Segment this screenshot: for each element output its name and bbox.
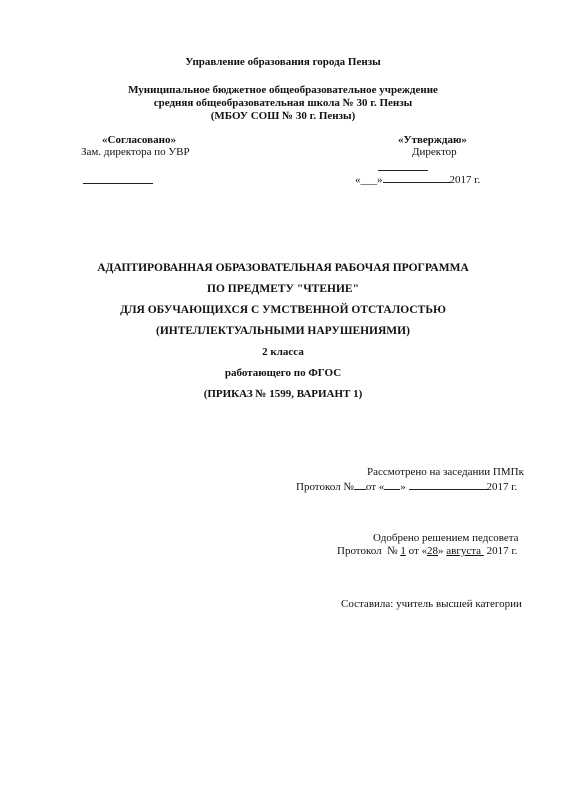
program-title-line3: ДЛЯ ОБУЧАЮЩИХСЯ С УМСТВЕННОЙ ОТСТАЛОСТЬЮ — [0, 304, 566, 316]
program-grade: 2 класса — [0, 346, 566, 358]
institution-name-line2: средняя общеобразовательная школа № 30 г… — [0, 97, 566, 109]
council-day: 28 — [427, 545, 438, 557]
program-standard: работающего по ФГОС — [0, 367, 566, 379]
agreed-title: «Согласовано» — [102, 134, 176, 146]
council-protocol-number: 1 — [400, 545, 406, 557]
approved-title: «Утверждаю» — [398, 134, 467, 146]
council-close-quote: » — [438, 545, 444, 557]
approved-date-year: 2017 г. — [450, 174, 481, 186]
agreed-signature-line — [83, 183, 153, 184]
approved-date: «___»2017 г. — [355, 172, 480, 186]
pmpk-month-line — [409, 479, 487, 490]
pmpk-year: 2017 г. — [487, 481, 518, 493]
department-name: Управление образования города Пензы — [0, 56, 566, 68]
pmpk-from-label: от « — [366, 481, 384, 493]
program-title-line4: (ИНТЕЛЛЕКТУАЛЬНЫМИ НАРУШЕНИЯМИ) — [0, 325, 566, 337]
council-protocol-label: Протокол № — [337, 545, 398, 557]
council-from-label: от « — [409, 545, 427, 557]
pmpk-day-line — [384, 479, 400, 490]
approved-signature-line — [378, 170, 428, 171]
program-order: (ПРИКАЗ № 1599, ВАРИАНТ 1) — [0, 388, 566, 400]
council-approved: Одобрено решением педсовета — [373, 532, 519, 544]
program-title-line1: АДАПТИРОВАННАЯ ОБРАЗОВАТЕЛЬНАЯ РАБОЧАЯ П… — [0, 262, 566, 274]
institution-short-name: (МБОУ СОШ № 30 г. Пензы) — [0, 110, 566, 122]
agreed-position: Зам. директора по УВР — [81, 146, 190, 158]
approved-date-month-line — [383, 172, 450, 183]
council-month: августа — [446, 545, 481, 557]
program-title-line2: ПО ПРЕДМЕТУ "ЧТЕНИЕ" — [0, 283, 566, 295]
pmpk-close-quote: » — [400, 481, 406, 493]
pmpk-protocol: Протокол №от «» 2017 г. — [296, 479, 517, 493]
author-line: Составила: учитель высшей категории — [341, 598, 522, 610]
pmpk-protocol-label: Протокол № — [296, 481, 354, 493]
institution-name-line1: Муниципальное бюджетное общеобразователь… — [0, 84, 566, 96]
approved-date-day: «___» — [355, 174, 383, 186]
approved-position: Директор — [412, 146, 457, 158]
council-protocol: Протокол № 1 от «28» августа 2017 г. — [337, 545, 517, 557]
council-year: 2017 г. — [487, 545, 518, 557]
pmpk-reviewed: Рассмотрено на заседании ПМПк — [367, 466, 524, 478]
pmpk-protocol-number-line — [354, 479, 366, 490]
